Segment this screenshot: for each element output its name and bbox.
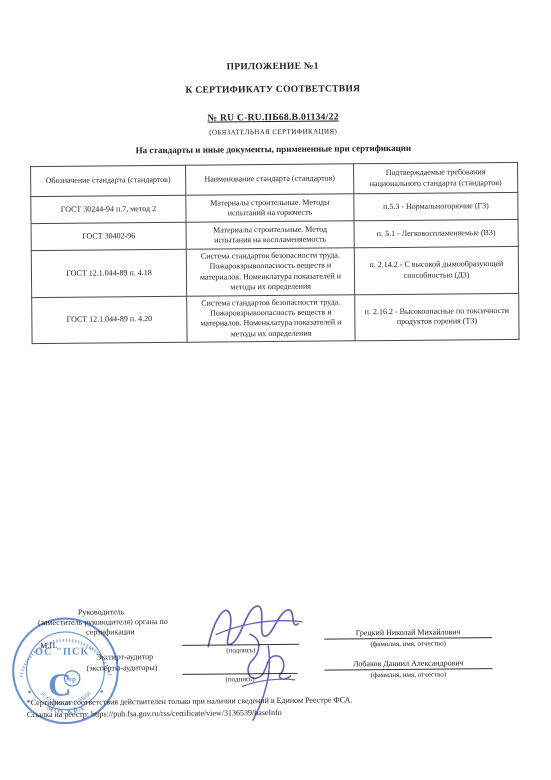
- head-name-caption: (фамилия, имя, отчество): [324, 639, 492, 648]
- handwritten-signatures: [194, 593, 340, 734]
- standards-table: Обозначение стандарта (стандартов) Наиме…: [30, 162, 520, 344]
- certificate-title: К СЕРТИФИКАТУ СООТВЕТСТВИЯ: [0, 83, 548, 98]
- cell-requirement: п. 2.14.2 - С высокой дымообразующей спо…: [354, 246, 518, 294]
- cell-name: Система стандартов безопасности труда. П…: [186, 248, 354, 296]
- cell-standard: ГОСТ 12.1.044-89 п. 4.18: [31, 249, 186, 297]
- table-row: ГОСТ 30402-96 Материалы строительные. Ме…: [31, 219, 518, 250]
- stamp-org-text: ОС "ПСК": [35, 646, 96, 658]
- table-row: ГОСТ 12.1.044-89 п. 4.18 Система стандар…: [31, 246, 518, 297]
- cell-requirement: п. 2.16.2 - Высокоопасные по токсичности…: [355, 293, 519, 341]
- head-full-name: Грецкий Николай Михайлович: [324, 627, 492, 639]
- document-subtitle: На стандарты и иные документы, примененн…: [0, 142, 549, 157]
- stamp-logo-small: тр: [68, 675, 76, 683]
- cell-standard: ГОСТ 30402-96: [31, 222, 186, 250]
- cell-standard: ГОСТ 30244-94 п.7, метод 2: [31, 195, 186, 223]
- expert-name-block: Лобаков Даниил Александрович (фамилия, и…: [324, 658, 492, 679]
- certification-type: (ОБЯЗАТЕЛЬНАЯ СЕРТИФИКАЦИЯ): [0, 126, 549, 139]
- certificate-page: ПРИЛОЖЕНИЕ №1 К СЕРТИФИКАТУ СООТВЕТСТВИЯ…: [0, 0, 551, 780]
- table-header-row: Обозначение стандарта (стандартов) Наиме…: [31, 162, 518, 196]
- cell-requirement: п. 5.1 - Легковоспламеняемые (В3): [354, 219, 518, 247]
- col-header-designation: Обозначение стандарта (стандартов): [31, 165, 186, 196]
- certificate-number: № RU C-RU.ПБ68.В.01134/22: [207, 112, 338, 123]
- col-header-name: Наименование стандарта (стандартов): [186, 164, 354, 195]
- appendix-title: ПРИЛОЖЕНИЕ №1: [0, 60, 548, 75]
- col-header-requirements: Подтверждаемые требования национального …: [354, 162, 518, 193]
- head-name-block: Грецкий Николай Михайлович (фамилия, имя…: [324, 627, 492, 648]
- cell-requirement: п.5.3 - Нормальногорючие (Г3): [354, 192, 518, 220]
- cell-standard: ГОСТ 12.1.044-89 п. 4.20: [32, 296, 187, 344]
- expert-full-name: Лобаков Даниил Александрович: [324, 658, 492, 670]
- table-row: ГОСТ 12.1.044-89 п. 4.20 Система стандар…: [32, 293, 519, 344]
- table-row: ГОСТ 30244-94 п.7, метод 2 Материалы стр…: [31, 192, 518, 223]
- cell-name: Материалы строительные. Методы испытаний…: [186, 194, 354, 222]
- cell-name: Материалы строительные. Метод испытания …: [186, 221, 354, 249]
- cell-name: Система стандартов безопасности труда. П…: [187, 294, 355, 342]
- expert-name-caption: (фамилия, имя, отчество): [324, 670, 492, 679]
